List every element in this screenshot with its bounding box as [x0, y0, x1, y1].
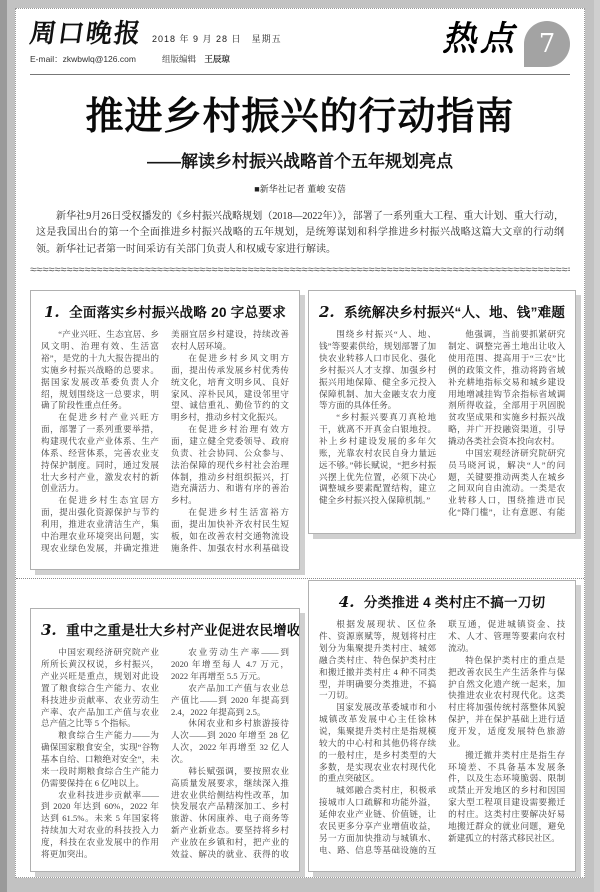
article-3-heading: 重中之重是壮大乡村产业促进农民增收	[66, 623, 300, 638]
paragraph: 在促进乡村产业兴旺方面，部署了一系列重要举措，构建现代农业产业体系、生产体系、经…	[41, 412, 159, 495]
scan-edge-left	[0, 0, 7, 892]
contact-email: E-mail：zkwbwlq@126.com	[30, 53, 136, 65]
page-number: 7	[539, 29, 556, 59]
paragraph: 在促进乡村治理有效方面，建立健全党委领导、政府负责、社会协同、公众参与、法治保障…	[171, 424, 289, 507]
article-3-body: 中国宏观经济研究院产业所所长黄汉权说，乡村振兴，产业兴旺是重点，规划对此设置了粮…	[41, 647, 289, 867]
article-4-body: 根据发展现状、区位条件、资源禀赋等，规划将村庄划分为集聚提升类村庄、城郊融合类村…	[319, 619, 565, 867]
paragraph: 农业劳动生产率——到 2020 年增至每人 4.7 万元，2022 年再增至 5…	[171, 647, 289, 683]
byline: ■新华社记者 董峻 安蓓	[30, 182, 570, 195]
article-4-title: 4. 分类推进 4 类村庄不搞一刀切	[319, 591, 565, 612]
article-4-heading: 分类推进 4 类村庄不搞一刀切	[364, 595, 546, 610]
article-4-number: 4.	[339, 593, 355, 611]
right-column: 2. 系统解决乡村振兴“人、地、钱”难题 围绕乡村振兴“人、地、钱”等要素供给，…	[308, 290, 576, 872]
left-column: 1. 全面落实乡村振兴战略 20 字总要求 “产业兴旺、生态宜居、乡风文明、治理…	[30, 290, 300, 872]
paragraph: 特色保护类村庄的重点是把改善农民生产生活条件与保护自然文化遗产统一起来，加快推进…	[448, 655, 565, 750]
publication-weekday: 星期五	[252, 32, 282, 45]
paragraph: “产业兴旺、生态宜居、乡风文明、治理有效、生活富裕”，是党的十九大报告提出的实施…	[41, 329, 159, 412]
page-number-pin-icon: 7	[524, 21, 570, 67]
newspaper-page: 周口晚报 2018 年 9 月 28 日 星期五 E-mail：zkwbwlq@…	[15, 8, 585, 878]
paragraph: 国家发展改革委城市和小城镇改革发展中心主任徐林说，集聚提升类村庄是指规模较大的中…	[319, 702, 436, 785]
editor-credit: 组版编辑 王辰琼	[162, 53, 230, 65]
paragraph: 粮食综合生产能力——为确保国家粮食安全，实现“谷物基本自给、口粮绝对安全”，未来…	[41, 730, 159, 789]
newspaper-logo: 周口晚报	[28, 21, 144, 47]
editor-name: 王辰琼	[204, 54, 230, 64]
paragraph: 在促进乡村乡风文明方面，提出传承发展乡村优秀传统文化，培育文明乡风、良好家风、淳…	[171, 353, 289, 424]
masthead-right: 热点 7	[442, 17, 570, 67]
article-1-body: “产业兴旺、生态宜居、乡风文明、治理有效、生活富裕”，是党的十九大报告提出的实施…	[41, 329, 289, 565]
paragraph: “乡村振兴要真刀真枪地干，就离不开真金白银地投。补上乡村建设发展的多年欠账，光靠…	[319, 412, 436, 507]
paragraph: 他强调，当前要抓紧研究制定、调整完善土地出让收入使用范围、提高用于“三农”比例的…	[448, 329, 565, 448]
paragraph: 中国宏观经济研究院产业所所长黄汉权说，乡村振兴，产业兴旺是重点，规划对此设置了粮…	[41, 647, 159, 730]
main-headline: 推进乡村振兴的行动指南	[30, 95, 570, 137]
publication-date: 2018 年 9 月 28 日	[152, 32, 242, 45]
paragraph: 搬迁撤并类村庄是指生存环境差、不具备基本发展条件，以及生态环境脆弱、限制或禁止开…	[448, 750, 565, 845]
article-1-heading: 全面落实乡村振兴战略 20 字总要求	[69, 305, 286, 320]
article-box-2: 2. 系统解决乡村振兴“人、地、钱”难题 围绕乡村振兴“人、地、钱”等要素供给，…	[308, 290, 576, 534]
paragraph: 围绕乡村振兴“人、地、钱”等要素供给，规划部署了加快农业转移人口市民化、强化乡村…	[319, 329, 436, 412]
paragraph: 农业科技进步贡献率——到 2020 年达到 60%，2022 年达到 61.5%…	[41, 790, 159, 861]
article-box-1: 1. 全面落实乡村振兴战略 20 字总要求 “产业兴旺、生态宜居、乡风文明、治理…	[30, 290, 300, 570]
article-2-title: 2. 系统解决乡村振兴“人、地、钱”难题	[319, 301, 565, 322]
article-3-number: 3.	[41, 621, 57, 639]
dotted-divider	[16, 578, 584, 579]
masthead: 周口晚报 2018 年 9 月 28 日 星期五 E-mail：zkwbwlq@…	[30, 17, 570, 75]
paragraph: 农产品加工产值与农业总产值比——到 2020 年提高到 2.4，2022 年提高…	[171, 683, 289, 719]
editor-label: 组版编辑	[162, 54, 196, 64]
article-2-heading: 系统解决乡村振兴“人、地、钱”难题	[344, 305, 565, 320]
sub-headline: ——解读乡村振兴战略首个五年规划亮点	[30, 147, 570, 172]
article-2-number: 2.	[319, 303, 335, 321]
wavy-divider: ≈≈≈≈≈≈≈≈≈≈≈≈≈≈≈≈≈≈≈≈≈≈≈≈≈≈≈≈≈≈≈≈≈≈≈≈≈≈≈≈…	[30, 266, 570, 278]
article-2-body: 围绕乡村振兴“人、地、钱”等要素供给，规划部署了加快农业转移人口市民化、强化乡村…	[319, 329, 565, 529]
article-1-title: 1. 全面落实乡村振兴战略 20 字总要求	[41, 301, 289, 322]
paragraph: 根据发展现状、区位条件、资源禀赋等，规划将村庄划分为集聚提升类村庄、城郊融合类村…	[319, 619, 436, 702]
lead-paragraph: 新华社9月26日受权播发的《乡村振兴战略规划（2018—2022年）》，部署了一…	[36, 209, 564, 259]
article-box-4: 4. 分类推进 4 类村庄不搞一刀切 根据发展现状、区位条件、资源禀赋等，规划将…	[308, 580, 576, 872]
section-label: 热点	[442, 19, 518, 60]
article-1-number: 1.	[44, 303, 60, 321]
masthead-left: 周口晚报 2018 年 9 月 28 日 星期五 E-mail：zkwbwlq@…	[30, 17, 282, 65]
article-box-3: 3. 重中之重是壮大乡村产业促进农民增收 中国宏观经济研究院产业所所长黄汉权说，…	[30, 608, 300, 872]
article-grid: 1. 全面落实乡村振兴战略 20 字总要求 “产业兴旺、生态宜居、乡风文明、治理…	[30, 290, 570, 872]
paragraph: 休闲农业和乡村旅游接待人次——到 2020 年增至 28 亿人次，2022 年再…	[171, 718, 289, 765]
scan-edge-right	[594, 0, 600, 892]
article-3-title: 3. 重中之重是壮大乡村产业促进农民增收	[41, 619, 289, 640]
